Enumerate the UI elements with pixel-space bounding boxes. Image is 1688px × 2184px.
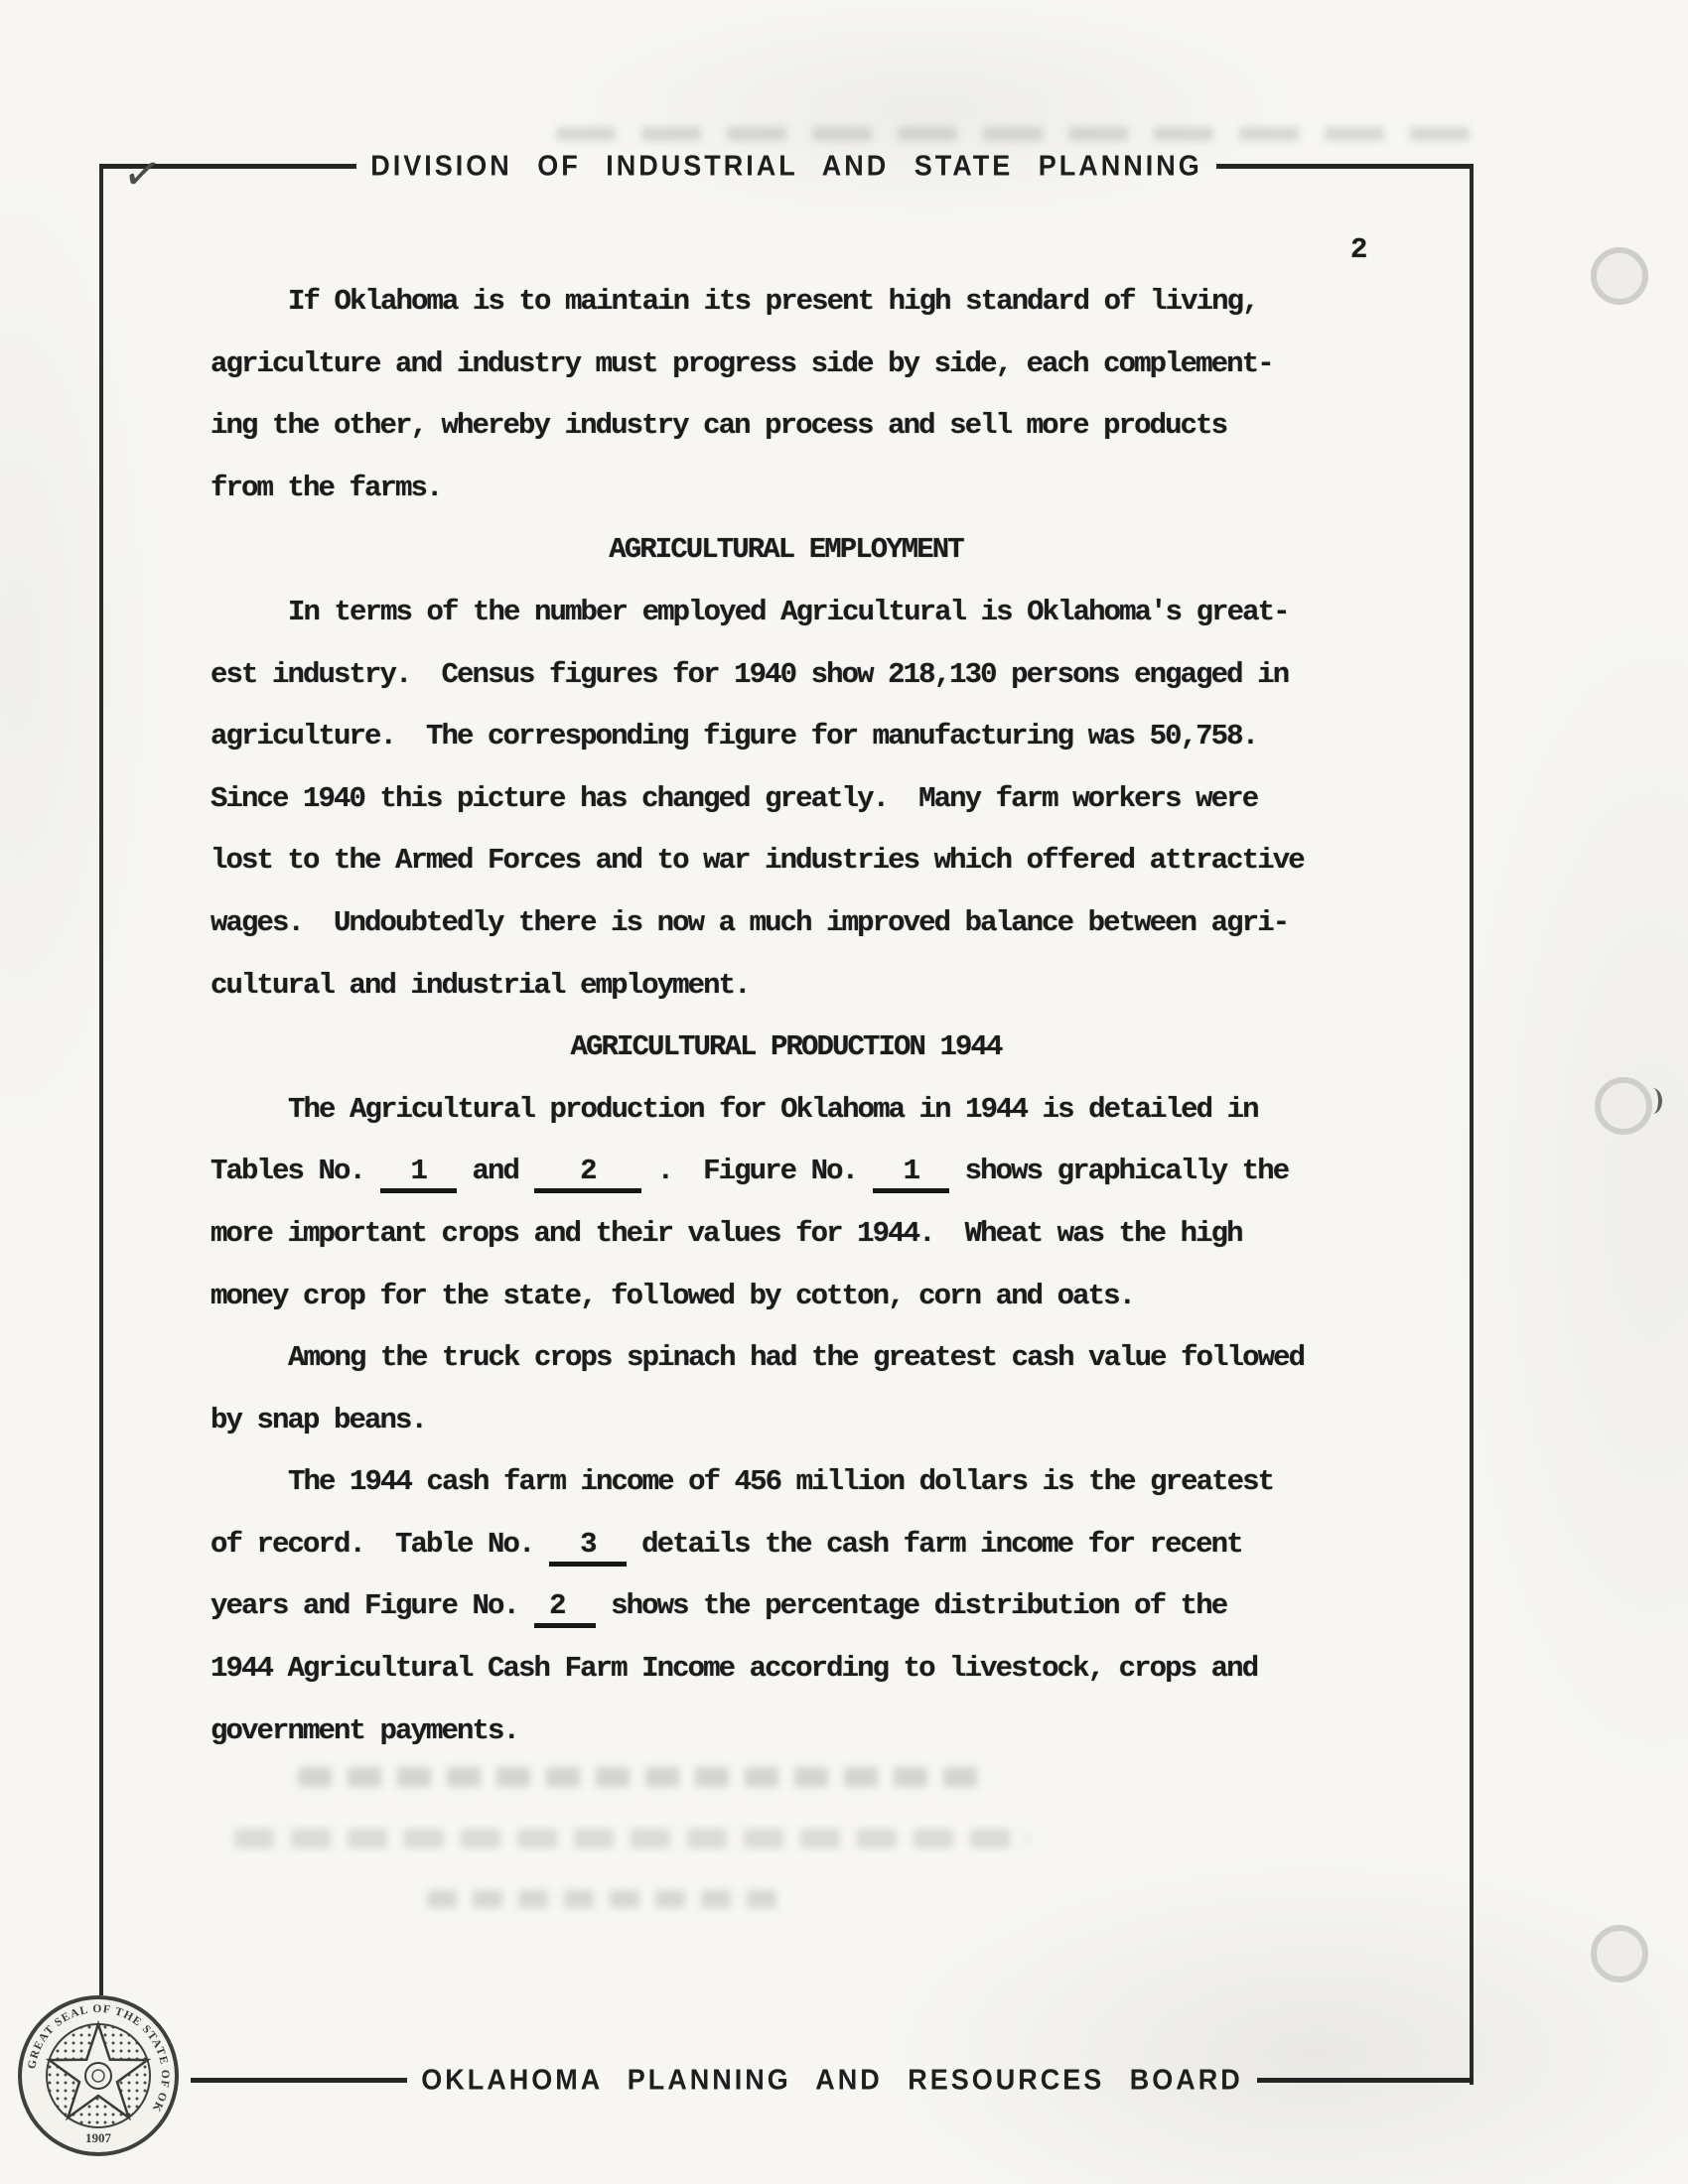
footer-rule-left xyxy=(191,2078,407,2083)
typed-line: more important crops and their values fo… xyxy=(0,1203,1688,1266)
header-title: DIVISION OF INDUSTRIAL AND STATE PLANNIN… xyxy=(370,150,1202,183)
typed-text-block: If Oklahoma is to maintain its present h… xyxy=(0,271,1688,1762)
handwritten-checkmark: ✓ xyxy=(119,144,166,203)
typed-line: money crop for the state, followed by co… xyxy=(0,1266,1688,1328)
footer-rule-right xyxy=(1257,2078,1474,2083)
typed-line: of record. Table No. 3 details the cash … xyxy=(0,1514,1688,1576)
seal-center-medallion xyxy=(85,2063,111,2089)
oklahoma-state-seal: GREAT SEAL OF THE STATE OF OKLAHOMA 1907 xyxy=(14,1991,183,2160)
typed-line: lost to the Armed Forces and to war indu… xyxy=(0,830,1688,892)
typed-line: from the farms. xyxy=(0,458,1688,520)
punch-hole xyxy=(1595,1077,1652,1135)
typed-line: agriculture and industry must progress s… xyxy=(0,334,1688,396)
fill-in-blank: 3 xyxy=(549,1528,627,1567)
section-heading: AGRICULTURAL PRODUCTION 1944 xyxy=(0,1017,1572,1079)
bleedthrough-ghost-line xyxy=(427,1890,784,1908)
typed-line: Among the truck crops spinach had the gr… xyxy=(0,1327,1688,1390)
typed-line: wages. Undoubtedly there is now a much i… xyxy=(0,892,1688,955)
fill-in-blank: 1 xyxy=(380,1155,458,1193)
punch-hole xyxy=(1591,247,1648,305)
typed-line: In terms of the number employed Agricult… xyxy=(0,582,1688,644)
typed-line: Tables No. 1 and 2 . Figure No. 1 shows … xyxy=(0,1141,1688,1203)
typed-line: est industry. Census figures for 1940 sh… xyxy=(0,644,1688,707)
typed-line: by snap beans. xyxy=(0,1390,1688,1452)
bleedthrough-ghost-line xyxy=(298,1767,993,1787)
typed-line: agriculture. The corresponding figure fo… xyxy=(0,706,1688,768)
footer-title: OKLAHOMA PLANNING AND RESOURCES BOARD xyxy=(421,2064,1243,2097)
seal-year: 1907 xyxy=(85,2130,112,2145)
bleedthrough-smudge xyxy=(556,127,1470,141)
typed-line: ing the other, whereby industry can proc… xyxy=(0,395,1688,458)
fill-in-blank: 1 xyxy=(873,1155,950,1193)
typed-line: cultural and industrial employment. xyxy=(0,955,1688,1018)
page-number: 2 xyxy=(1350,230,1366,270)
bleedthrough-ghost-line xyxy=(234,1829,1029,1848)
scanned-document-page: { "page": { "number": "2", "header_title… xyxy=(0,0,1688,2184)
fill-in-blank: 2 xyxy=(534,1155,642,1193)
typed-line: government payments. xyxy=(0,1701,1688,1763)
typed-line: The 1944 cash farm income of 456 million… xyxy=(0,1451,1688,1514)
typed-line: If Oklahoma is to maintain its present h… xyxy=(0,271,1688,334)
letterhead-footer: OKLAHOMA PLANNING AND RESOURCES BOARD xyxy=(191,2063,1474,2097)
header-rule-right xyxy=(1216,164,1474,169)
section-heading: AGRICULTURAL EMPLOYMENT xyxy=(0,519,1572,582)
typed-line: 1944 Agricultural Cash Farm Income accor… xyxy=(0,1638,1688,1701)
fill-in-blank: 2 xyxy=(534,1589,596,1628)
typed-line: Since 1940 this picture has changed grea… xyxy=(0,768,1688,831)
letterhead-header: DIVISION OF INDUSTRIAL AND STATE PLANNIN… xyxy=(99,149,1474,183)
typed-line: years and Figure No. 2 shows the percent… xyxy=(0,1575,1688,1638)
punch-hole xyxy=(1591,1925,1648,1982)
typed-line: The Agricultural production for Oklahoma… xyxy=(0,1079,1688,1142)
